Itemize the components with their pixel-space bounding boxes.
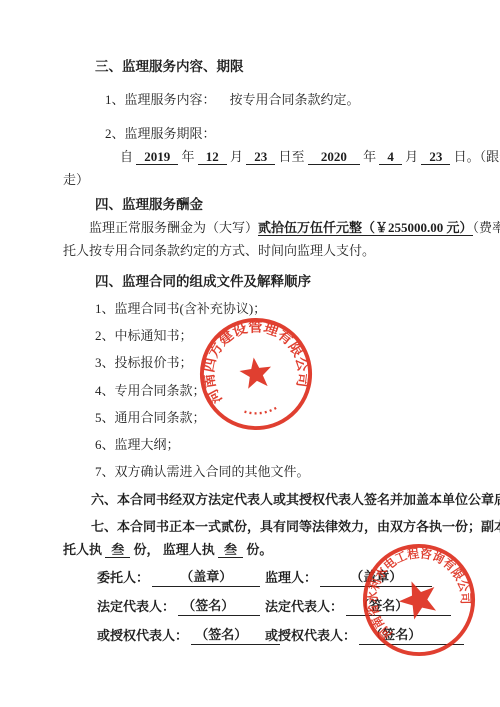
date-suffix: 日。（跟着施工合同 xyxy=(454,149,500,164)
start-month-field: 12 xyxy=(198,149,227,165)
document-list-item: 1、监理合同书(含补充协议)； xyxy=(95,301,266,318)
start-day-field: 23 xyxy=(246,149,275,165)
copies-end-text: 份。 xyxy=(246,542,272,557)
year-unit: 年 xyxy=(182,149,195,164)
client-party-row: 委托人： （盖章） xyxy=(97,569,260,587)
end-month-field: 4 xyxy=(379,149,402,165)
supervisor-copies-label: 份， 监理人执 xyxy=(134,542,215,557)
section-effectiveness: 六、本合同书经双方法定代表人或其授权代表人签名并加盖本单位公章后生效。 xyxy=(91,492,500,509)
section-copies-line2: 托人执 叁 份， 监理人执 叁 份。 xyxy=(63,542,272,559)
section-services-heading: 三、监理服务内容、期限 xyxy=(95,58,244,76)
fee-amount-value: 贰拾伍万伍仟元整（￥255000.00 元） xyxy=(258,220,473,236)
end-year-field: 2020 xyxy=(308,149,360,165)
client-auth-rep-label: 或授权代表人： xyxy=(97,628,188,643)
supervisor-copies-field: 叁 xyxy=(218,542,243,558)
year-unit-2: 年 xyxy=(363,149,376,164)
date-prefix: 自 xyxy=(120,149,133,164)
service-content-label: 1、监理服务内容： xyxy=(105,92,216,107)
service-period-dates-wrap: 走） xyxy=(63,172,89,189)
document-list-item: 5、通用合同条款； xyxy=(95,410,206,427)
service-period-label: 2、监理服务期限： xyxy=(105,126,216,143)
company-seal-consulting-firm: 河南省水利水电工程咨询有限公司 xyxy=(342,523,496,677)
client-copies-label: 托人执 xyxy=(63,542,102,557)
fee-rate-text: （费率为 1.70%），由委 xyxy=(473,220,500,235)
fee-pre-text: 监理正常服务酬金为（大写） xyxy=(89,220,258,235)
service-period-dates: 自 2019 年 12 月 23 日至 2020 年 4 月 23 日。（跟着施… xyxy=(120,149,500,166)
fee-paragraph-line1: 监理正常服务酬金为（大写）贰拾伍万伍仟元整（￥255000.00 元）（费率为 … xyxy=(89,220,500,237)
section-fee-heading: 四、监理服务酬金 xyxy=(95,196,203,214)
document-list-item: 6、监理大纲； xyxy=(95,437,180,454)
fee-paragraph-line2: 托人按专用合同条款约定的方式、时间向监理人支付。 xyxy=(63,243,375,260)
star-icon xyxy=(238,355,274,389)
contract-document-page: 三、监理服务内容、期限 1、监理服务内容：按专用合同条款约定。 2、监理服务期限… xyxy=(0,0,500,707)
star-icon xyxy=(394,574,443,622)
client-auth-rep-row: 或授权代表人： （签名） xyxy=(97,627,280,645)
document-list-item: 3、投标报价书； xyxy=(95,355,193,372)
seal-code-dots xyxy=(245,407,278,415)
document-list-item: 2、中标通知书； xyxy=(95,328,193,345)
section-documents-heading: 四、监理合同的组成文件及解释顺序 xyxy=(95,273,311,291)
end-day-field: 23 xyxy=(421,149,450,165)
month-unit-2: 月 xyxy=(405,149,418,164)
client-party-label: 委托人： xyxy=(97,570,149,585)
start-year-field: 2019 xyxy=(136,149,178,165)
company-seal-construction-management: 河南四方建设管理有限公司 xyxy=(189,307,322,440)
service-content-value: 按专用合同条款约定。 xyxy=(230,92,360,107)
client-seal-line: （盖章） xyxy=(152,569,260,587)
client-legal-rep-row: 法定代表人： （签名） xyxy=(97,598,260,616)
document-list-item: 4、专用合同条款； xyxy=(95,383,206,400)
client-copies-field: 叁 xyxy=(105,542,130,558)
supervisor-auth-rep-label: 或授权代表人： xyxy=(265,628,356,643)
supervisor-party-label: 监理人： xyxy=(265,570,317,585)
month-unit: 月 xyxy=(230,149,243,164)
document-list-item: 7、双方确认需进入合同的其他文件。 xyxy=(95,464,310,481)
client-legal-rep-signature-line: （签名） xyxy=(178,598,260,616)
client-legal-rep-label: 法定代表人： xyxy=(97,599,175,614)
date-to: 日至 xyxy=(279,149,305,164)
supervisor-legal-rep-label: 法定代表人： xyxy=(265,599,343,614)
service-content-item: 1、监理服务内容：按专用合同条款约定。 xyxy=(105,92,360,109)
